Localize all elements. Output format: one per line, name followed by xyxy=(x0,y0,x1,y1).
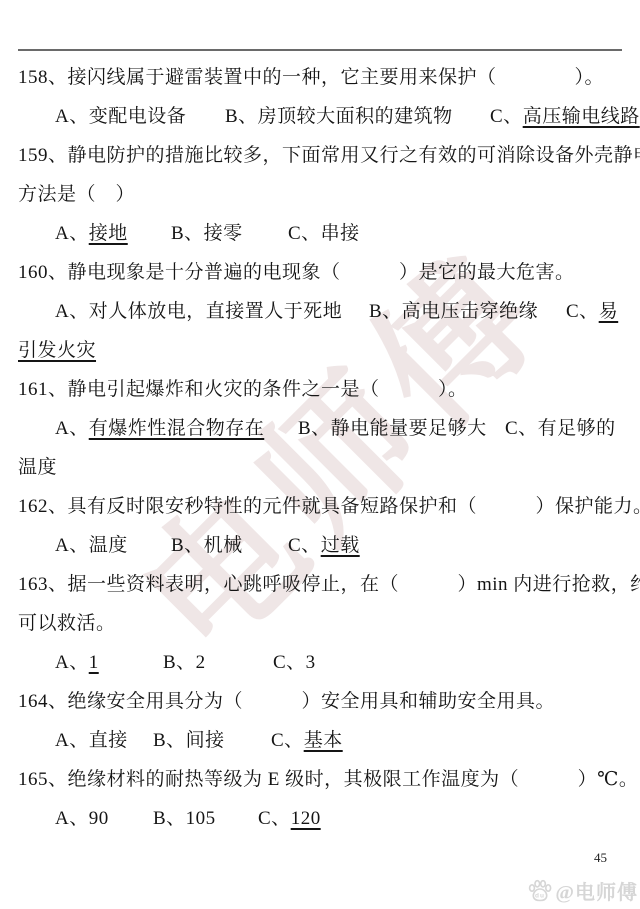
document-line: 165、绝缘材料的耐热等级为 E 级时，其极限工作温度为（ ）℃。 xyxy=(0,764,640,788)
document-line: A、对人体放电，直接置人于死地B、高电压击穿绝缘C、易 xyxy=(0,296,640,320)
option-A: A、变配电设备 xyxy=(55,101,186,128)
document-line: 温度 xyxy=(0,452,640,476)
option-B: B、105 xyxy=(153,803,216,830)
text-run: B、房顶较大面积的建筑物 xyxy=(225,106,453,127)
question-stem: 162、具有反时限安秒特性的元件就具备短路保护和（ ）保护能力。 xyxy=(18,491,640,518)
option-A: A、接地 xyxy=(55,218,128,245)
option-A: A、温度 xyxy=(55,530,128,557)
text-run: C、 xyxy=(566,301,599,322)
text-run: C、串接 xyxy=(288,223,360,244)
document-line: 163、据一些资料表明，心跳呼吸停止，在（ ）min 内进行抢救，约 80% xyxy=(0,569,640,593)
option-C: C、过载 xyxy=(288,530,360,557)
question-stem: 159、静电防护的措施比较多，下面常用又行之有效的可消除设备外壳静电的 xyxy=(18,140,640,167)
underlined-answer: 过载 xyxy=(321,535,360,556)
text-run: B、静电能量要足够大 xyxy=(298,418,487,439)
baidu-paw-icon: du xyxy=(527,879,553,903)
text-run: 160、静电现象是十分普遍的电现象（ ）是它的最大危害。 xyxy=(18,262,575,283)
paw-inner-label: du xyxy=(535,892,545,899)
text-run: 161、静电引起爆炸和火灾的条件之一是（ ）。 xyxy=(18,379,468,400)
option-C-wrap: 温度 xyxy=(18,452,57,479)
text-run: C、 xyxy=(258,808,291,829)
text-run: 158、接闪线属于避雷装置中的一种，它主要用来保护（ ）。 xyxy=(18,67,604,88)
document-body: 158、接闪线属于避雷装置中的一种，它主要用来保护（ ）。A、变配电设备B、房顶… xyxy=(0,0,640,909)
question-stem: 方法是（ ） xyxy=(18,179,135,206)
document-page: 电师傅 158、接闪线属于避雷装置中的一种，它主要用来保护（ ）。A、变配电设备… xyxy=(0,0,640,909)
option-A: A、90 xyxy=(55,803,109,830)
document-line: 164、绝缘安全用具分为（ ）安全用具和辅助安全用具。 xyxy=(0,686,640,710)
option-C-wrap: 引发火灾 xyxy=(18,335,96,362)
underlined-answer: 引发火灾 xyxy=(18,340,96,361)
text-run: C、 xyxy=(288,535,321,556)
text-run: 可以救活。 xyxy=(18,613,116,634)
option-C: C、有足够的 xyxy=(505,413,616,440)
option-A: A、直接 xyxy=(55,725,128,752)
option-B: B、机械 xyxy=(171,530,243,557)
option-A: A、1 xyxy=(55,647,99,674)
document-line: 方法是（ ） xyxy=(0,179,640,203)
text-run: A、 xyxy=(55,652,89,673)
underlined-answer: 高压输电线路 xyxy=(523,106,640,127)
text-run: 164、绝缘安全用具分为（ ）安全用具和辅助安全用具。 xyxy=(18,691,555,712)
text-run: 方法是（ ） xyxy=(18,184,135,205)
option-B: B、2 xyxy=(163,647,206,674)
text-run: 163、据一些资料表明，心跳呼吸停止，在（ ）min 内进行抢救，约 80% xyxy=(18,574,640,595)
text-run: A、 xyxy=(55,418,89,439)
document-line: 161、静电引起爆炸和火灾的条件之一是（ ）。 xyxy=(0,374,640,398)
underlined-answer: 易 xyxy=(599,301,619,322)
text-run: A、变配电设备 xyxy=(55,106,186,127)
question-stem: 158、接闪线属于避雷装置中的一种，它主要用来保护（ ）。 xyxy=(18,62,604,89)
option-B: B、间接 xyxy=(153,725,225,752)
document-line: A、接地B、接零C、串接 xyxy=(0,218,640,242)
underlined-answer: 120 xyxy=(291,808,321,829)
text-run: 温度 xyxy=(18,457,57,478)
text-run: A、 xyxy=(55,223,89,244)
text-run: C、有足够的 xyxy=(505,418,616,439)
option-C: C、易 xyxy=(566,296,618,323)
text-run: A、直接 xyxy=(55,730,128,751)
document-line: 引发火灾 xyxy=(0,335,640,359)
underlined-answer: 1 xyxy=(89,652,99,673)
option-C: C、高压输电线路 xyxy=(490,101,640,128)
option-B: B、房顶较大面积的建筑物 xyxy=(225,101,453,128)
text-run: A、温度 xyxy=(55,535,128,556)
question-stem: 可以救活。 xyxy=(18,608,116,635)
text-run: B、高电压击穿绝缘 xyxy=(369,301,538,322)
document-line: 158、接闪线属于避雷装置中的一种，它主要用来保护（ ）。 xyxy=(0,62,640,86)
underlined-answer: 接地 xyxy=(89,223,128,244)
question-stem: 163、据一些资料表明，心跳呼吸停止，在（ ）min 内进行抢救，约 80% xyxy=(18,569,640,596)
text-run: A、90 xyxy=(55,808,109,829)
question-stem: 164、绝缘安全用具分为（ ）安全用具和辅助安全用具。 xyxy=(18,686,555,713)
option-A: A、对人体放电，直接置人于死地 xyxy=(55,296,342,323)
text-run: B、接零 xyxy=(171,223,243,244)
option-C: C、3 xyxy=(273,647,316,674)
text-run: B、间接 xyxy=(153,730,225,751)
option-B: B、接零 xyxy=(171,218,243,245)
text-run: A、对人体放电，直接置人于死地 xyxy=(55,301,342,322)
watermark-badge-text: @电师傅 xyxy=(555,876,638,905)
text-run: B、2 xyxy=(163,652,206,673)
document-line: A、1B、2C、3 xyxy=(0,647,640,671)
text-run: 165、绝缘材料的耐热等级为 E 级时，其极限工作温度为（ ）℃。 xyxy=(18,769,638,790)
option-A: A、有爆炸性混合物存在 xyxy=(55,413,264,440)
option-C: C、基本 xyxy=(271,725,343,752)
option-B: B、静电能量要足够大 xyxy=(298,413,487,440)
question-stem: 160、静电现象是十分普遍的电现象（ ）是它的最大危害。 xyxy=(18,257,575,284)
underlined-answer: 基本 xyxy=(304,730,343,751)
option-C: C、120 xyxy=(258,803,321,830)
document-line: A、直接B、间接C、基本 xyxy=(0,725,640,749)
document-line: A、变配电设备B、房顶较大面积的建筑物C、高压输电线路 xyxy=(0,101,640,125)
question-stem: 161、静电引起爆炸和火灾的条件之一是（ ）。 xyxy=(18,374,468,401)
text-run: 159、静电防护的措施比较多，下面常用又行之有效的可消除设备外壳静电的 xyxy=(18,145,640,166)
text-run: C、3 xyxy=(273,652,316,673)
option-C: C、串接 xyxy=(288,218,360,245)
text-run: B、105 xyxy=(153,808,216,829)
document-line: 可以救活。 xyxy=(0,608,640,632)
text-run: C、 xyxy=(271,730,304,751)
watermark-badge: du @电师傅 xyxy=(527,876,638,905)
document-line: 159、静电防护的措施比较多，下面常用又行之有效的可消除设备外壳静电的 xyxy=(0,140,640,164)
document-line: 160、静电现象是十分普遍的电现象（ ）是它的最大危害。 xyxy=(0,257,640,281)
text-run: C、 xyxy=(490,106,523,127)
document-line: 162、具有反时限安秒特性的元件就具备短路保护和（ ）保护能力。 xyxy=(0,491,640,515)
question-stem: 165、绝缘材料的耐热等级为 E 级时，其极限工作温度为（ ）℃。 xyxy=(18,764,638,791)
underlined-answer: 有爆炸性混合物存在 xyxy=(89,418,265,439)
document-line: A、温度B、机械C、过载 xyxy=(0,530,640,554)
text-run: 162、具有反时限安秒特性的元件就具备短路保护和（ ）保护能力。 xyxy=(18,496,640,517)
text-run: B、机械 xyxy=(171,535,243,556)
document-line: A、90B、105C、120 xyxy=(0,803,640,827)
document-line: A、有爆炸性混合物存在B、静电能量要足够大C、有足够的 xyxy=(0,413,640,437)
option-B: B、高电压击穿绝缘 xyxy=(369,296,538,323)
page-number: 45 xyxy=(594,850,607,866)
